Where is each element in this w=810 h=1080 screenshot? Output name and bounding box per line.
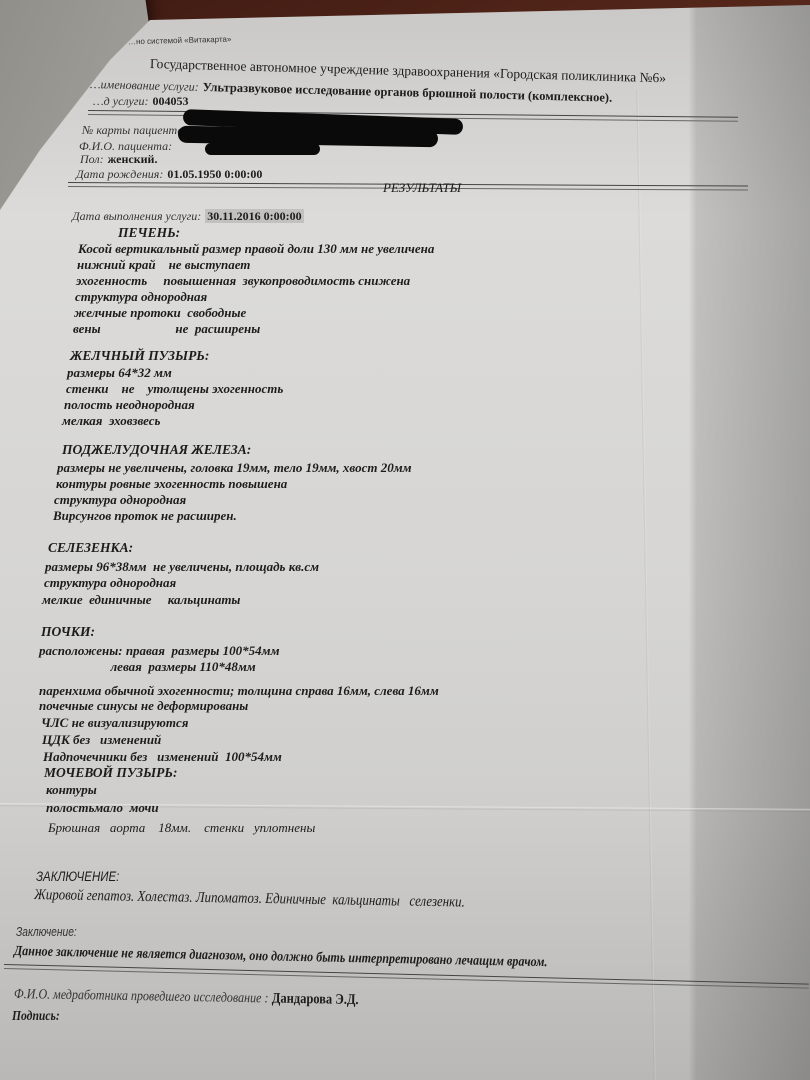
kidneys-line: ЧЛС не визуализируются [41,715,188,731]
conclusion-note-label: Заключение: [16,925,77,939]
patient-sex: женский. [108,152,158,166]
conclusion-heading: ЗАКЛЮЧЕНИЕ: [36,868,119,884]
bladder-line: полостьмало мочи [46,800,159,816]
gallbladder-line: размеры 64*32 мм [67,365,172,381]
liver-line: вены не расширены [73,321,260,337]
kidneys-line: паренхима обычной эхогенности; толщина с… [39,683,439,699]
redaction-mark [205,143,320,155]
results-title: РЕЗУЛЬТАТЫ [383,180,461,196]
service-code-label: …д услуги: [93,94,148,108]
section-bladder-heading: МОЧЕВОЙ ПУЗЫРЬ: [44,765,177,781]
service-name: Ультразвуковое исследование органов брюш… [203,80,613,105]
kidneys-line: ЦДК без изменений [42,732,161,748]
kidneys-line: левая размеры 110*48мм [39,659,256,675]
gallbladder-line: мелкая эховзвесь [62,413,160,429]
service-date: 30.11.2016 0:00:00 [205,209,303,223]
section-gallbladder-heading: ЖЕЛЧНЫЙ ПУЗЫРЬ: [70,348,209,364]
spleen-line: мелкие единичные кальцинаты [42,592,240,608]
section-kidneys-heading: ПОЧКИ: [41,624,95,640]
pancreas-line: контуры ровные эхогенность повышена [56,476,287,492]
liver-line: желчные протоки свободные [74,305,246,321]
patient-card-label: № карты пациента: [82,123,187,137]
liver-line: Косой вертикальный размер правой доли 13… [78,241,434,257]
examiner-label: Ф.И.О. медработника проведшего исследова… [14,987,269,1006]
bladder-line: контуры [46,782,97,798]
kidneys-line: почечные синусы не деформированы [39,698,248,714]
patient-dob: 01.05.1950 0:00:00 [167,167,262,181]
system-note: …но системой «Витакарта» [128,35,232,47]
section-pancreas-heading: ПОДЖЕЛУДОЧНАЯ ЖЕЛЕЗА: [62,442,251,458]
liver-line: эхогенность повышенная звукопроводимость… [76,273,410,289]
section-spleen-heading: СЕЛЕЗЕНКА: [48,540,133,556]
service-code: 004053 [152,94,188,108]
patient-sex-label: Пол: [80,152,104,166]
kidneys-line: расположены: правая размеры 100*54мм [39,643,279,659]
liver-line: нижний край не выступает [77,257,250,273]
pancreas-line: размеры не увеличены, головка 19мм, тело… [57,460,412,476]
spleen-line: размеры 96*38мм не увеличены, площадь кв… [45,559,319,575]
signature-label: Подпись: [12,1008,60,1024]
report-content: …но системой «Витакарта» Государственное… [0,0,810,1080]
examiner-name: Дандарова Э.Д. [272,991,359,1009]
examiner-row: Ф.И.О. медработника проведшего исследова… [14,985,359,1009]
service-date-label: Дата выполнения услуги: [72,209,201,223]
patient-dob-row: Дата рождения: 01.05.1950 0:00:00 [76,165,262,183]
gallbladder-line: полость неоднородная [64,397,195,413]
spleen-line: структура однородная [44,575,176,591]
bladder-line: Брюшная аорта 18мм. стенки уплотнены [48,820,315,836]
pancreas-line: Вирсунгов проток не расширен. [53,508,237,524]
liver-line: структура однородная [75,289,207,305]
gallbladder-line: стенки не утолщены эхогенность [66,381,283,397]
section-liver-heading: ПЕЧЕНЬ: [118,225,180,241]
conclusion-text: Жировой гепатоз. Холестаз. Липоматоз. Ед… [34,887,465,912]
patient-dob-label: Дата рождения: [76,167,163,181]
service-date-row: Дата выполнения услуги: 30.11.2016 0:00:… [72,207,304,225]
pancreas-line: структура однородная [54,492,186,508]
kidneys-line: Надпочечники без изменений 100*54мм [43,749,282,765]
service-code-row: …д услуги: 004053 [93,92,188,110]
